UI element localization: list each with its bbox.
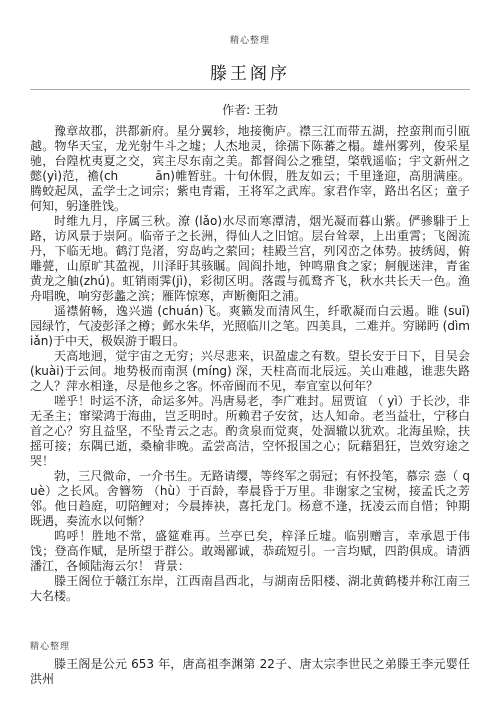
page-header-label: 精心整理: [30, 0, 470, 46]
paragraph-continuation: 滕王阁是公元 653 年，唐高祖李渊第 22子、唐太宗李世民之弟滕王李元婴任洪州: [30, 657, 470, 687]
page-title: 滕王阁序: [30, 59, 470, 84]
document-body: 豫章故郡，洪都新府。星分翼轸，地接衡庐。襟三江而带五湖，控蛮荆而引瓯越。物华天宝…: [30, 124, 470, 604]
paragraph-4: 天高地迥，觉宇宙之无穷；兴尽悲来，识盈虚之有数。望长安于日下，目吴会(kuài)…: [30, 349, 470, 394]
paragraph-7: 呜呼！胜地不常，盛筵难再。兰亭已矣，梓泽丘墟。临别赠言，幸承恩于伟饯；登高作赋，…: [30, 529, 470, 574]
page-break-section: 精心整理 滕王阁是公元 653 年，唐高祖李渊第 22子、唐太宗李世民之弟滕王李…: [30, 634, 470, 708]
paragraph-3: 遥襟俯畅，逸兴遄 (chuán)飞。爽籁发而清风生，纤歌凝而白云遏。睢 (suī…: [30, 304, 470, 349]
document-page: 精心整理 滕王阁序 作者: 王勃 豫章故郡，洪都新府。星分翼轸，地接衡庐。襟三江…: [0, 0, 500, 708]
footer-header-label: 精心整理: [30, 634, 470, 652]
author-line: 作者: 王勃: [30, 101, 470, 118]
title-divider: [30, 89, 470, 90]
paragraph-6: 勃，三尺微命，一介书生。无路请缨，等终军之弱冠；有怀投笔，慕宗 悫（ què）之…: [30, 469, 470, 529]
paragraph-5: 嗟乎！时运不济，命运多舛。冯唐易老，李广难封。屈贾谊 （ yì）于长沙，非无圣主…: [30, 394, 470, 469]
paragraph-2: 时维九月，序属三秋。潦 (lǎo)水尽而寒潭清，烟光凝而暮山紫。俨骖騑于上路，访…: [30, 214, 470, 304]
paragraph-1: 豫章故郡，洪都新府。星分翼轸，地接衡庐。襟三江而带五湖，控蛮荆而引瓯越。物华天宝…: [30, 124, 470, 214]
paragraph-8: 滕王阁位于赣江东岸，江西南昌西北，与湖南岳阳楼、湖北黄鹤楼并称江南三大名楼。: [30, 574, 470, 604]
